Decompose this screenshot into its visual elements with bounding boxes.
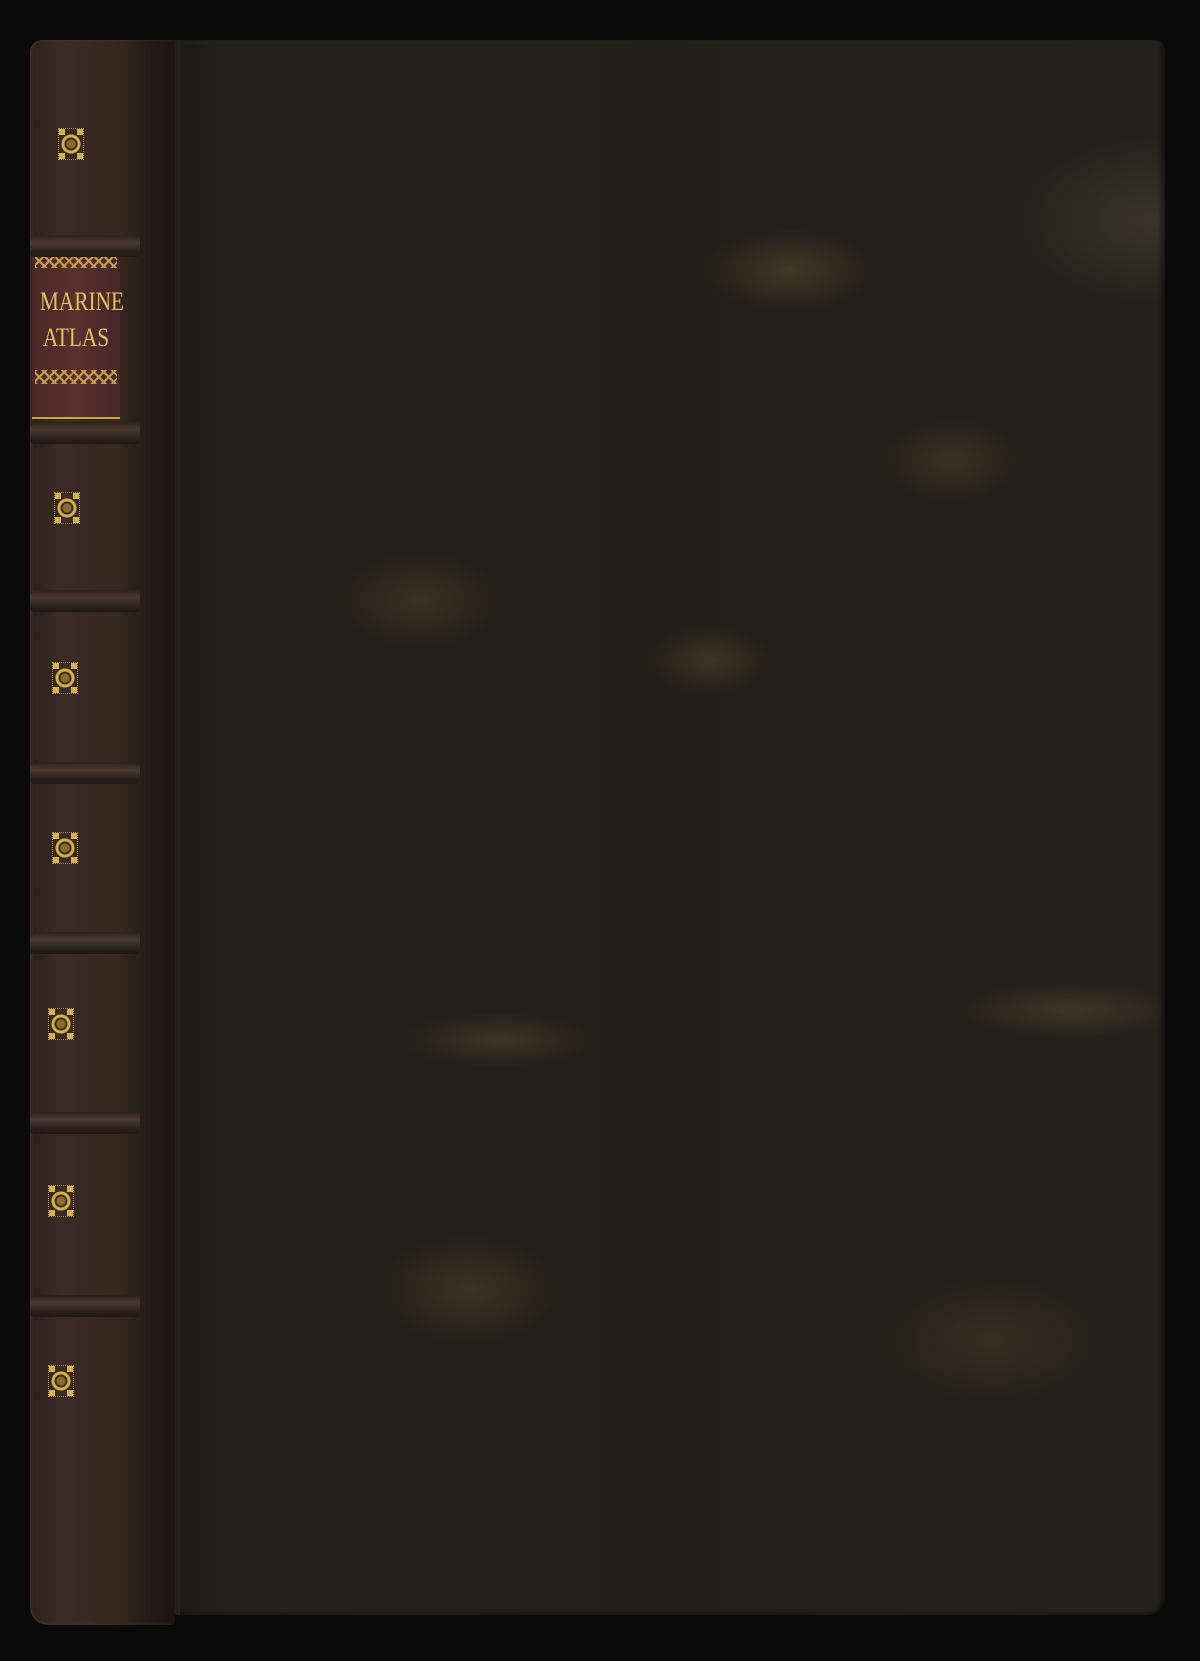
raised-band	[30, 1295, 140, 1317]
front-cover	[170, 40, 1165, 1615]
spine-ornament-icon	[48, 1008, 74, 1040]
raised-band	[30, 235, 140, 257]
raised-band	[30, 762, 140, 784]
spine-ornament-icon	[48, 1365, 74, 1397]
raised-band	[30, 422, 140, 444]
spine-title-label: MARINE ATLAS	[32, 250, 120, 419]
spine-ornament-icon	[52, 832, 78, 864]
raised-band	[30, 590, 140, 612]
spine-title-line-2: ATLAS	[40, 320, 112, 356]
spine-ornament-icon	[52, 662, 78, 694]
spine-ornament-icon	[58, 128, 84, 160]
spine: MARINE ATLAS	[30, 40, 175, 1625]
raised-band	[30, 1112, 140, 1134]
spine-ornament-icon	[54, 492, 80, 524]
book-photo: MARINE ATLAS	[0, 0, 1200, 1661]
raised-band	[30, 932, 140, 954]
gilt-border-bottom	[35, 370, 117, 384]
spine-title-line-1: MARINE	[40, 284, 112, 320]
spine-ornament-icon	[48, 1185, 74, 1217]
